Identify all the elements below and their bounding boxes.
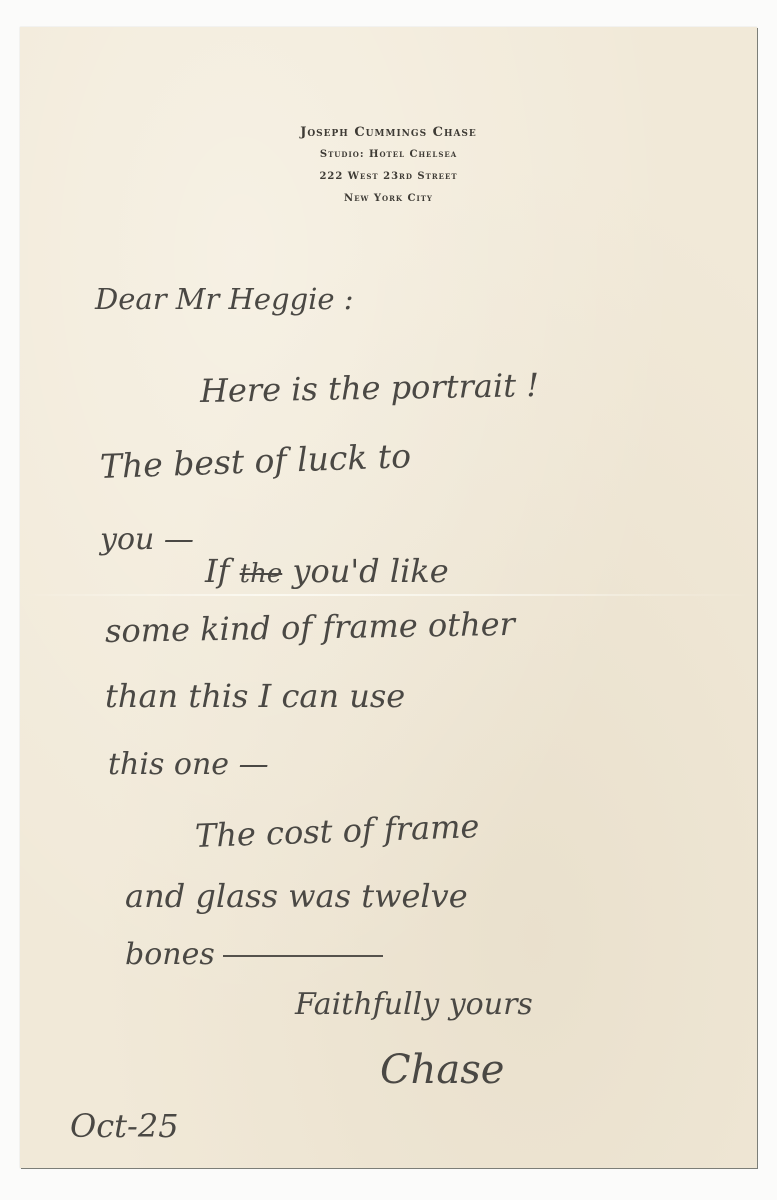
- body-line-4: If the you'd like: [205, 552, 449, 590]
- body-line-10-text: bones: [125, 937, 215, 972]
- body-line-7-text: this one —: [108, 747, 269, 782]
- body-line-1: Here is the portrait !: [200, 366, 540, 410]
- letterhead-city: New York City: [20, 188, 757, 210]
- word-if: If: [205, 552, 229, 590]
- signature: Chase: [380, 1047, 504, 1093]
- body-line-10: bones: [125, 937, 383, 972]
- struck-word: the: [240, 559, 283, 589]
- words-youd-like: you'd like: [292, 552, 448, 590]
- closing: Faithfully yours: [295, 987, 533, 1022]
- body-line-2: The best of luck to: [99, 436, 411, 486]
- body-line-5: some kind of frame other: [105, 605, 516, 650]
- letterhead-studio: Studio: Hotel Chelsea: [20, 144, 757, 166]
- body-line-8: The cost of frame: [194, 807, 480, 855]
- salutation: Dear Mr Heggie :: [95, 282, 354, 316]
- letterhead: Joseph Cummings Chase Studio: Hotel Chel…: [20, 122, 757, 210]
- letterhead-address: 222 West 23rd Street: [20, 166, 757, 188]
- body-line-9: and glass was twelve: [125, 877, 468, 915]
- date: Oct-25: [70, 1107, 179, 1145]
- body-line-7: this one —: [108, 747, 269, 782]
- letter-paper: Joseph Cummings Chase Studio: Hotel Chel…: [20, 27, 757, 1168]
- paper-fold-crease: [20, 594, 757, 596]
- body-line-3: you —: [100, 522, 194, 557]
- line-dash: [223, 955, 383, 957]
- letterhead-name: Joseph Cummings Chase: [20, 122, 757, 144]
- body-line-6: than this I can use: [105, 677, 405, 715]
